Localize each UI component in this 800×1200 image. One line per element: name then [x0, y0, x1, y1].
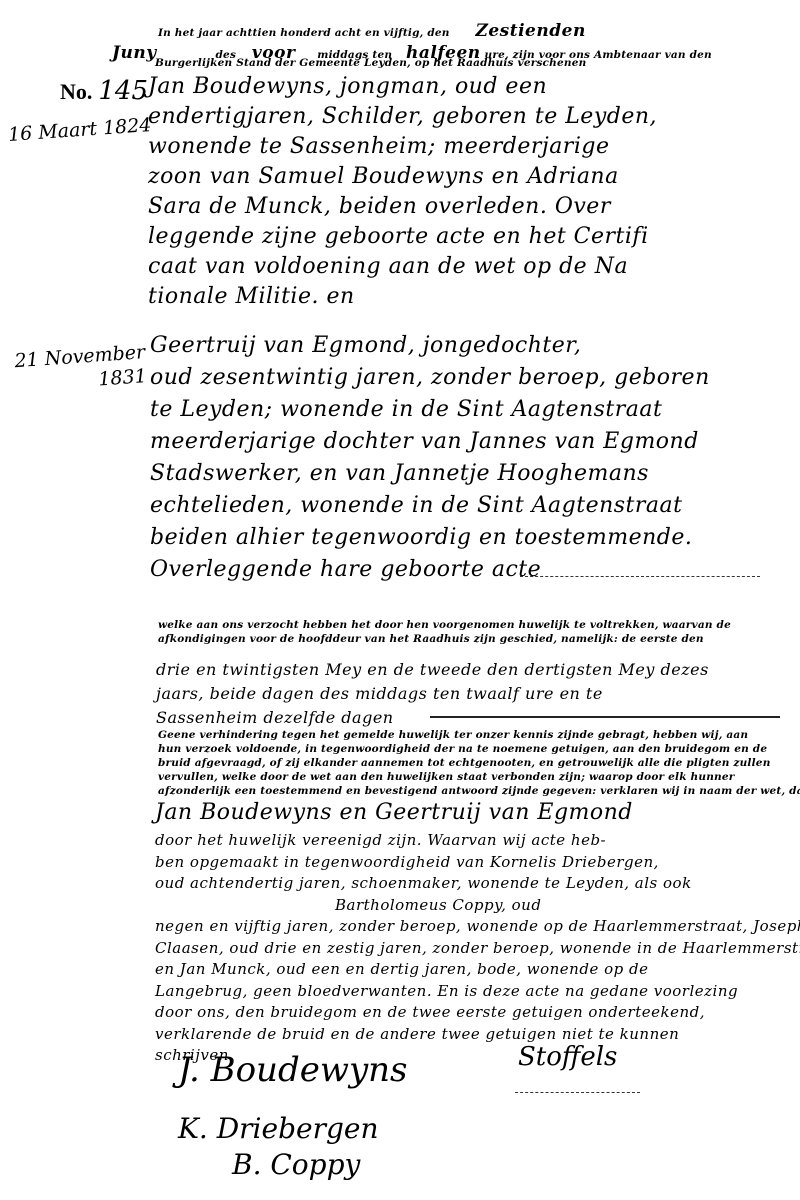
proclamation-entry: drie en twintigsten Mey en de tweede den… — [156, 658, 709, 730]
bride-entry: Geertruij van Egmond, jongedochter, oud … — [150, 330, 710, 586]
bride-line: Overleggende hare geboorte acte — [150, 554, 710, 586]
printed-line: bruid afgevraagd, of zij elkander aannem… — [158, 756, 788, 770]
fill-line — [520, 576, 760, 577]
closing-line: Claasen, oud drie en zestig jaren, zonde… — [155, 938, 800, 960]
groom-entry: Jan Boudewyns, jongman, oud een endertig… — [148, 72, 657, 312]
closing-line: oud achtendertig jaren, schoenmaker, won… — [155, 873, 800, 895]
printed-line: hun verzoek voldoende, in tegenwoordighe… — [158, 742, 788, 756]
proclamation-line: Sassenheim dezelfde dagen — [156, 706, 709, 730]
document-page: In het jaar achttien honderd acht en vij… — [0, 0, 800, 1200]
closing-line: en Jan Munck, oud een en dertig jaren, b… — [155, 959, 800, 981]
witness-name: Bartholomeus Coppy, oud — [335, 896, 541, 914]
closing-line: door ons, den bruidegom en de twee eerst… — [155, 1002, 800, 1024]
closing-line: negen en vijftig jaren, zonder beroep, w… — [155, 916, 800, 938]
bride-line: te Leyden; wonende in de Sint Aagtenstra… — [150, 394, 710, 426]
printed-line: afkondigingen voor de hoofddeur van het … — [158, 632, 788, 646]
handwritten-month: Juny — [112, 43, 157, 63]
printed-line: afzonderlijk een toestemmend en bevestig… — [158, 784, 788, 798]
closing-line: Langebrug, geen bloedverwanten. En is de… — [155, 981, 800, 1003]
groom-line: Sara de Munck, beiden overleden. Over — [148, 192, 657, 222]
printed-line: welke aan ons verzocht hebben het door h… — [158, 618, 788, 632]
signature-line — [515, 1092, 640, 1093]
signature-witness-2: B. Coppy — [232, 1148, 360, 1181]
bride-line: Geertruij van Egmond, jongedochter, — [150, 330, 710, 362]
proclamation-line: drie en twintigsten Mey en de tweede den… — [156, 658, 709, 682]
act-number-value: 145 — [98, 76, 148, 106]
signature-witness-1: K. Driebergen — [178, 1112, 378, 1145]
groom-line: wonende te Sassenheim; meerderjarige — [148, 132, 657, 162]
closing-names: Jan Boudewyns en Geertruij van Egmond — [155, 798, 633, 828]
printed-declaration: Geene verhindering tegen het gemelde huw… — [158, 728, 788, 798]
closing-line: Bartholomeus Coppy, oud — [155, 895, 800, 917]
bride-line: Stadswerker, en van Jannetje Hooghemans — [150, 458, 710, 490]
margin-note-groom-birthdate: 16 Maart 1824 — [7, 113, 152, 147]
closing-entry: door het huwelijk vereenigd zijn. Waarva… — [155, 830, 800, 1067]
printed-line: Geene verhindering tegen het gemelde huw… — [158, 728, 788, 742]
groom-line: leggende zijne geboorte acte en het Cert… — [148, 222, 657, 252]
proclamation-line: jaars, beide dagen des middags ten twaal… — [156, 682, 709, 706]
groom-line: caat van voldoening aan de wet op de Na — [148, 252, 657, 282]
groom-line: endertigjaren, Schilder, geboren te Leyd… — [148, 102, 657, 132]
bride-line: oud zesentwintig jaren, zonder beroep, g… — [150, 362, 710, 394]
signature-groom: J. Boudewyns — [178, 1050, 408, 1090]
groom-line: zoon van Samuel Boudewyns en Adriana — [148, 162, 657, 192]
fill-line — [430, 716, 780, 718]
margin-note-bride-birthdate: 21 November 1831 — [4, 340, 147, 398]
closing-line: ben opgemaakt in tegenwoordigheid van Ko… — [155, 852, 800, 874]
bride-line: meerderjarige dochter van Jannes van Egm… — [150, 426, 710, 458]
bride-line: beiden alhier tegenwoordig en toestemmen… — [150, 522, 710, 554]
signature-official: Stoffels — [518, 1042, 617, 1072]
closing-line: verklarende de bruid en de andere twee g… — [155, 1024, 800, 1046]
groom-line: tionale Militie. en — [148, 282, 657, 312]
bride-line: echtelieden, wonende in de Sint Aagtenst… — [150, 490, 710, 522]
printed-middle: welke aan ons verzocht hebben het door h… — [158, 618, 788, 646]
act-number: No.145 — [60, 76, 148, 106]
closing-line: door het huwelijk vereenigd zijn. Waarva… — [155, 830, 800, 852]
printed-line: vervullen, welke door de wet aan den huw… — [158, 770, 788, 784]
act-number-label: No. — [60, 79, 92, 104]
printed-header-line-3: Burgerlijken Stand der Gemeente Leyden, … — [155, 56, 586, 70]
groom-line: Jan Boudewyns, jongman, oud een — [148, 72, 657, 102]
